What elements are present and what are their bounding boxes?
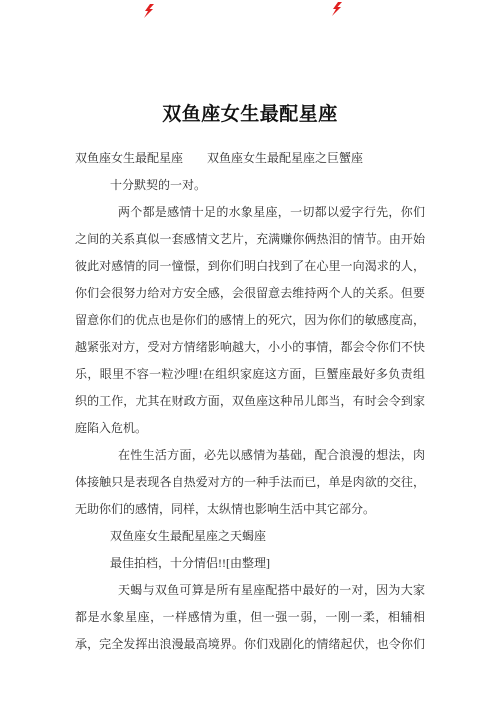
paragraph: 两个都是感情十足的水象星座，一切都以爱字行先，你们之间的关系真似一套感情文艺片，… <box>75 199 425 442</box>
subheading: 最佳拍档，十分情侣!![由整理] <box>75 550 425 577</box>
text-row: 双鱼座女生最配星座 双鱼座女生最配星座之巨蟹座 <box>75 145 425 172</box>
paragraph: 在性生活方面，必先以感情为基础，配合浪漫的想法，肉体接触只是表现各自热爱对方的一… <box>75 442 425 523</box>
document-page: 双鱼座女生最配星座 双鱼座女生最配星座 双鱼座女生最配星座之巨蟹座十分默契的一对… <box>0 0 500 707</box>
paragraph: 天蝎与双鱼可算是所有星座配搭中最好的一对，因为大家都是水象星座，一样感情为重，但… <box>75 577 425 659</box>
page-title: 双鱼座女生最配星座 <box>0 13 500 127</box>
red-bolt-mark-icon <box>144 4 154 18</box>
red-bolt-mark-icon <box>332 2 342 16</box>
subheading: 双鱼座女生最配星座之天蝎座 <box>75 523 425 550</box>
subheading: 十分默契的一对。 <box>75 172 425 199</box>
document-body: 双鱼座女生最配星座 双鱼座女生最配星座之巨蟹座十分默契的一对。两个都是感情十足的… <box>75 145 425 659</box>
